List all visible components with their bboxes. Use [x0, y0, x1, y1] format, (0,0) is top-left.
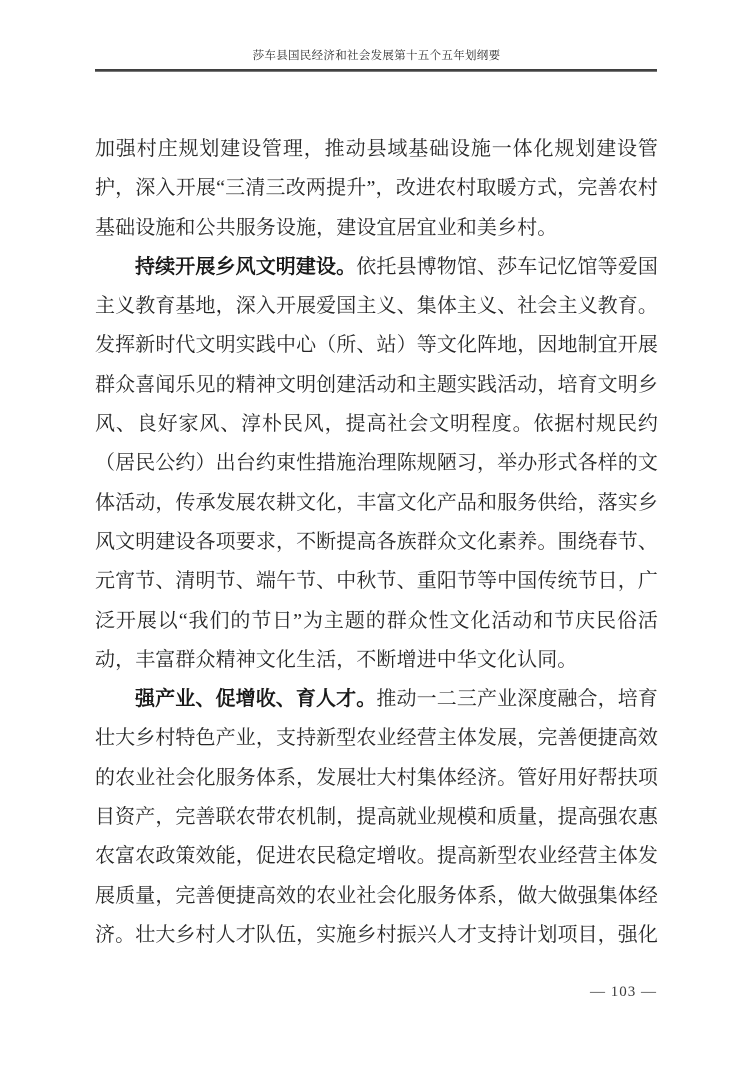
paragraph: 持续开展乡风文明建设。依托县博物馆、莎车记忆馆等爱国主义教育基地，深入开展爱国主…: [95, 248, 658, 680]
paragraph: 强产业、促增收、育人才。推动一二三产业深度融合，培育壮大乡村特色产业，支持新型农…: [95, 680, 658, 955]
document-page: 莎车县国民经济和社会发展第十五个五年划纲要 加强村庄规划建设管理，推动县域基础设…: [0, 0, 753, 1066]
header-divider-rule: [95, 69, 657, 72]
paragraph-text: 依托县博物馆、莎车记忆馆等爱国主义教育基地，深入开展爱国主义、集体主义、社会主义…: [95, 256, 658, 671]
paragraph-text: 加强村庄规划建设管理，推动县域基础设施一体化规划建设管护，深入开展“三清三改两提…: [95, 138, 658, 239]
paragraph-lead: 持续开展乡风文明建设。: [135, 256, 356, 278]
paragraph-lead: 强产业、促增收、育人才。: [135, 688, 376, 710]
document-body: 加强村庄规划建设管理，推动县域基础设施一体化规划建设管护，深入开展“三清三改两提…: [95, 130, 658, 955]
page-number: — 103 —: [590, 984, 657, 1001]
paragraph-text: 推动一二三产业深度融合，培育壮大乡村特色产业，支持新型农业经营主体发展，完善便捷…: [95, 688, 658, 946]
document-header-title: 莎车县国民经济和社会发展第十五个五年划纲要: [253, 50, 501, 62]
paragraph: 加强村庄规划建设管理，推动县域基础设施一体化规划建设管护，深入开展“三清三改两提…: [95, 130, 658, 248]
page-header: 莎车县国民经济和社会发展第十五个五年划纲要: [95, 46, 658, 64]
